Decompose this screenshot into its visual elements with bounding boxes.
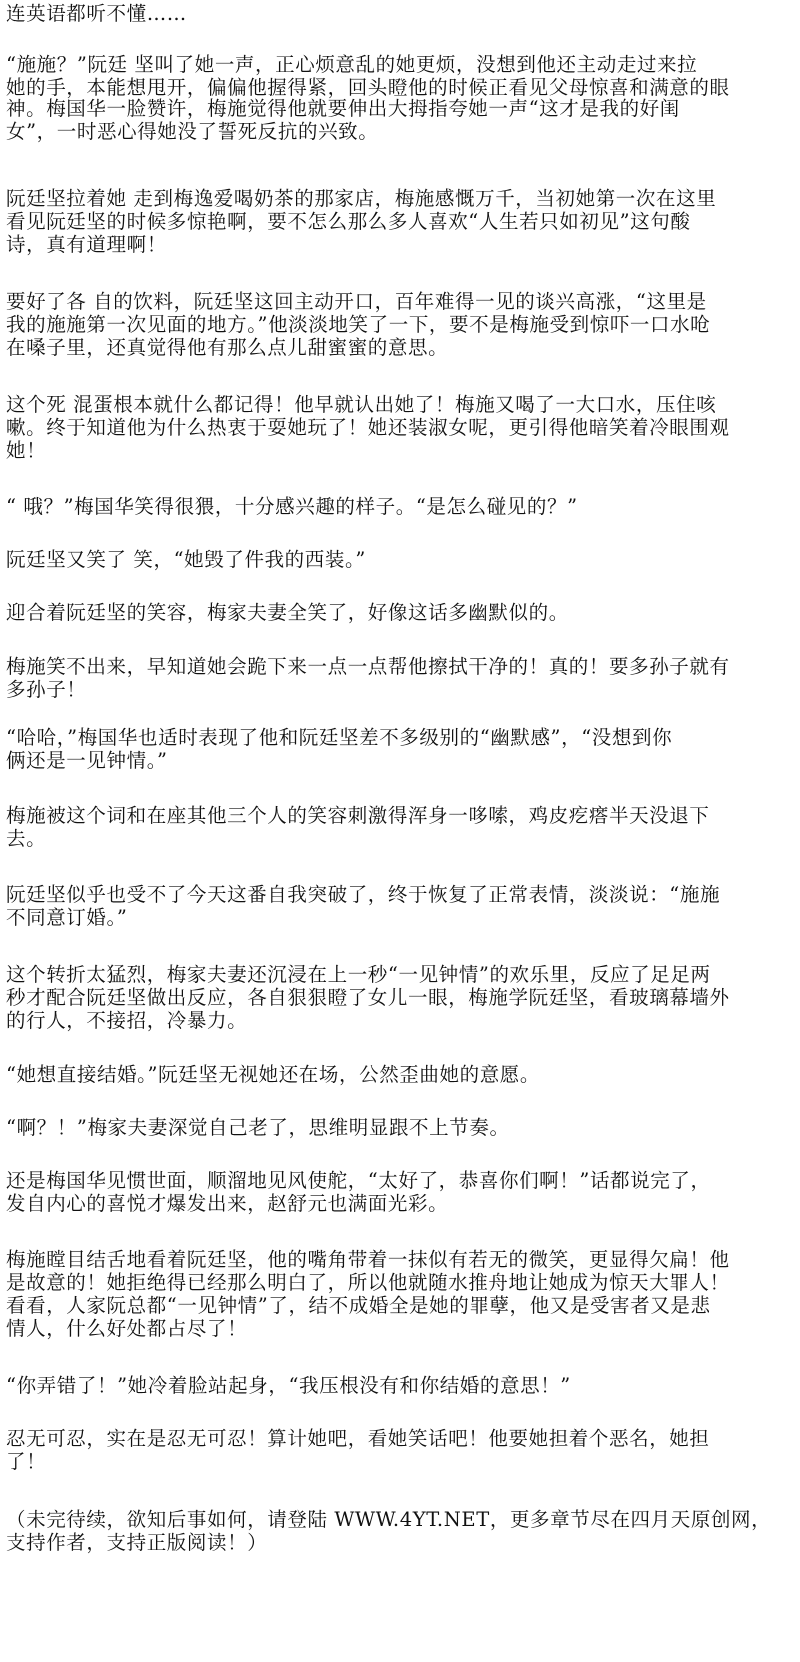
text-line: 阮廷坚拉着她 走到梅逸爱喝奶茶的那家店，梅施感慨万千，当初她第一次在这里 (6, 187, 716, 211)
text-line: 这个转折太猛烈，梅家夫妻还沉浸在上一秒“一见钟情”的欢乐里，反应了足足两 (6, 963, 711, 987)
text-line: 还是梅国华见惯世面，顺溜地见风使舵，“太好了，恭喜你们啊！”话都说完了， (6, 1169, 711, 1193)
text-line: 秒才配合阮廷坚做出反应，各自狠狠瞪了女儿一眼，梅施学阮廷坚，看玻璃幕墙外 (6, 986, 730, 1010)
text-line: 诗，真有道理啊！ (6, 233, 167, 257)
text-line: 发自内心的喜悦才爆发出来，赵舒元也满面光彩。 (6, 1192, 448, 1216)
opening-line: 连英语都听不懂…… (6, 2, 187, 26)
text-line: 她！ (6, 439, 46, 463)
text-line: 梅施被这个词和在座其他三个人的笑容刺激得浑身一哆嗦，鸡皮疙瘩半天没退下 (6, 804, 710, 828)
text-line: 看看，人家阮总都“一见钟情”了，结不成婚全是她的罪孽，他又是受害者又是悲 (6, 1294, 711, 1318)
text-line: 在嗓子里，还真觉得他有那么点儿甜蜜蜜的意思。 (6, 336, 448, 360)
text-line: 的行人，不接招，冷暴力。 (6, 1009, 247, 1033)
text-line: 我的施施第一次见面的地方。”他淡淡地笑了一下，要不是梅施受到惊吓一口水呛 (6, 313, 710, 337)
text-line: 梅施笑不出来，早知道她会跪下来一点一点帮他擦拭干净的！真的！要多孙子就有 (6, 655, 730, 679)
text-line: “啊？！”梅家夫妻深觉自己老了，思维明显跟不上节奏。 (6, 1116, 510, 1140)
text-line: 女”，一时恶心得她没了誓死反抗的兴致。 (6, 120, 378, 144)
text-line: 迎合着阮廷坚的笑容，梅家夫妻全笑了，好像这话多幽默似的。 (6, 601, 569, 625)
text-line: 情人，什么好处都占尽了！ (6, 1317, 247, 1341)
text-line: “她想直接结婚。”阮廷坚无视她还在场，公然歪曲她的意愿。 (6, 1063, 540, 1087)
text-line: “哈哈，”梅国华也适时表现了他和阮廷坚差不多级别的“幽默感”，“没想到你 (6, 726, 672, 750)
text-line: 这个死 混蛋根本就什么都记得！他早就认出她了！梅施又喝了一大口水，压住咳 (6, 393, 716, 417)
text-line: 阮廷坚似乎也受不了今天这番自我突破了，终于恢复了正常表情，淡淡说：“施施 (6, 883, 720, 907)
text-line: 忍无可忍，实在是忍无可忍！算计她吧，看她笑话吧！他要她担着个恶名，她担 (6, 1427, 710, 1451)
text-line: “施施？”阮廷 坚叫了她一声，正心烦意乱的她更烦，没想到他还主动走过来拉 (6, 53, 697, 77)
chapter-text-page: 连英语都听不懂……“施施？”阮廷 坚叫了她一声，正心烦意乱的她更烦，没想到他还主… (0, 0, 800, 1662)
text-line: 俩还是一见钟情。” (6, 749, 168, 773)
text-line: 嗽。终于知道他为什么热衷于耍她玩了！她还装淑女呢，更引得他暗笑着冷眼围观 (6, 416, 730, 440)
text-line: 支持作者，支持正版阅读！） (6, 1531, 267, 1555)
text-line: 多孙子！ (6, 678, 86, 702)
text-line: 了！ (6, 1450, 46, 1474)
text-line: （未完待续，欲知后事如何，请登陆 WWW.4YT.NET，更多章节尽在四月天原创… (6, 1508, 771, 1532)
text-line: 去。 (6, 827, 46, 851)
text-line: 是故意的！她拒绝得已经那么明白了，所以他就随水推舟地让她成为惊天大罪人！ (6, 1271, 730, 1295)
text-line: 阮廷坚又笑了 笑，“她毁了件我的西装。” (6, 548, 366, 572)
text-line: “你弄错了！”她冷着脸站起身，“我压根没有和你结婚的意思！” (6, 1374, 571, 1398)
text-line: 不同意订婚。” (6, 906, 127, 930)
text-line: 要好了各 自的饮料，阮廷坚这回主动开口，百年难得一见的谈兴高涨，“这里是 (6, 290, 707, 314)
text-line: “ 哦？”梅国华笑得很猥，十分感兴趣的样子。“是怎么碰见的？” (6, 495, 578, 519)
text-line: 看见阮廷坚的时候多惊艳啊，要不怎么那么多人喜欢“人生若只如初见”这句酸 (6, 210, 690, 234)
text-line: 神。梅国华一脸赞许，梅施觉得他就要伸出大拇指夸她一声“这才是我的好闺 (6, 97, 680, 121)
text-line: 梅施瞠目结舌地看着阮廷坚，他的嘴角带着一抹似有若无的微笑，更显得欠扁！他 (6, 1248, 730, 1272)
